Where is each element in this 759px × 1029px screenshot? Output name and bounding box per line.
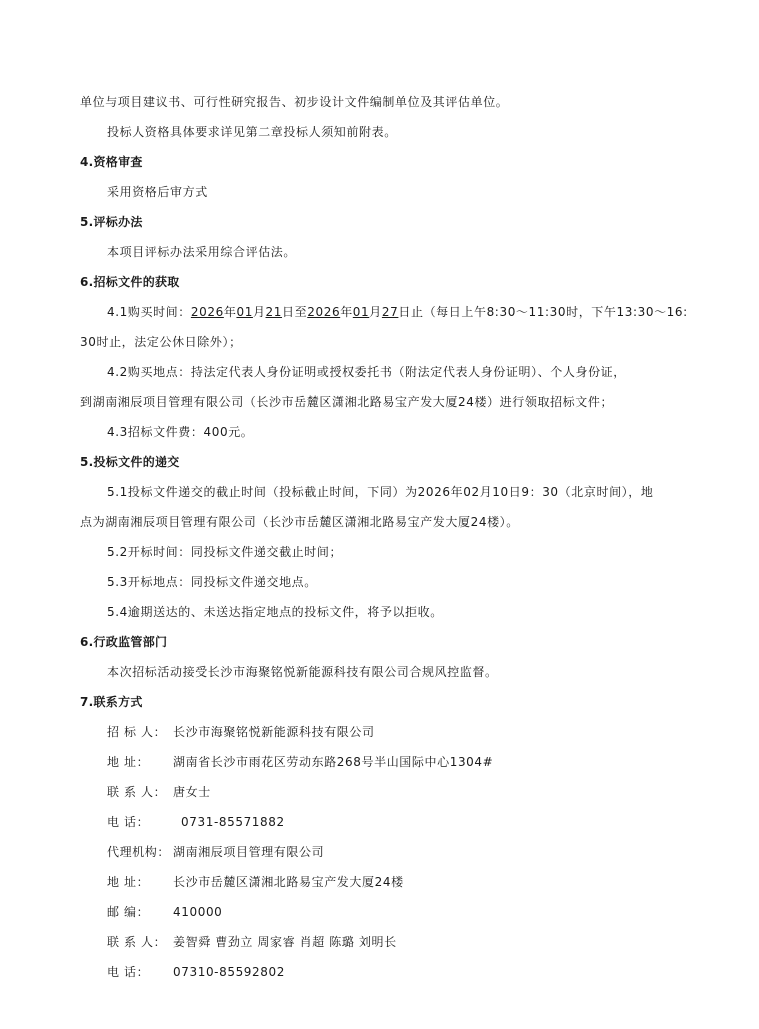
contact-row-agency-phone: 电 话：07310-85592802 bbox=[107, 964, 285, 980]
section-heading-bid-submission: 5.投标文件的递交 bbox=[80, 454, 180, 470]
field-value: 长沙市岳麓区潇湘北路易宝产发大厦24楼 bbox=[173, 875, 404, 889]
section-heading-supervision: 6.行政监管部门 bbox=[80, 634, 167, 650]
text: 日至 bbox=[282, 305, 307, 319]
paragraph-line: 5.3开标地点：同投标文件递交地点。 bbox=[107, 574, 317, 590]
text: 月 bbox=[369, 305, 382, 319]
contact-row-agency-contact: 联 系 人：姜智舜 曹劲立 周家睿 肖超 陈璐 刘明长 bbox=[107, 934, 397, 950]
text: 日止（每日上午8:30～11:30时，下午13:30～16: bbox=[398, 305, 687, 319]
date-year: 2026 bbox=[307, 305, 340, 319]
paragraph-line: 5.4逾期送达的、未送达指定地点的投标文件，将予以拒收。 bbox=[107, 604, 443, 620]
section-heading-obtain-tender-docs: 6.招标文件的获取 bbox=[80, 274, 180, 290]
field-value: 0731-85571882 bbox=[181, 815, 285, 829]
contact-row-tenderer-contact: 联 系 人：唐女士 bbox=[107, 784, 211, 800]
field-label: 地 址： bbox=[107, 754, 173, 770]
purchase-time-line: 4.1购买时间：2026年01月21日至2026年01月27日止（每日上午8:3… bbox=[107, 304, 688, 320]
paragraph-line: 30时止，法定公休日除外）； bbox=[80, 334, 242, 350]
contact-row-agency: 代理机构：湖南湘辰项目管理有限公司 bbox=[107, 844, 324, 860]
field-label: 招 标 人： bbox=[107, 724, 173, 740]
paragraph-line: 4.2购买地点：持法定代表人身份证明或授权委托书（附法定代表人身份证明）、个人身… bbox=[107, 364, 626, 380]
section-heading-contact: 7.联系方式 bbox=[80, 694, 143, 710]
field-value: 姜智舜 曹劲立 周家睿 肖超 陈璐 刘明长 bbox=[173, 935, 397, 949]
field-value: 唐女士 bbox=[173, 785, 211, 799]
paragraph-line: 本次招标活动接受长沙市海聚铭悦新能源科技有限公司合规风控监督。 bbox=[107, 664, 498, 680]
date-day: 27 bbox=[382, 305, 398, 319]
field-label: 代理机构： bbox=[107, 844, 173, 860]
paragraph-line: 单位与项目建议书、可行性研究报告、初步设计文件编制单位及其评估单位。 bbox=[80, 94, 508, 110]
label: 4.1购买时间： bbox=[107, 305, 191, 319]
field-value: 湖南省长沙市雨花区劳动东路268号半山国际中心1304# bbox=[173, 755, 493, 769]
document-page: 单位与项目建议书、可行性研究报告、初步设计文件编制单位及其评估单位。 投标人资格… bbox=[0, 0, 759, 1029]
paragraph-line: 4.3招标文件费：400元。 bbox=[107, 424, 253, 440]
field-label: 联 系 人： bbox=[107, 784, 173, 800]
date-month: 01 bbox=[353, 305, 369, 319]
contact-row-agency-address: 地 址：长沙市岳麓区潇湘北路易宝产发大厦24楼 bbox=[107, 874, 404, 890]
contact-row-tenderer-phone: 电 话：0731-85571882 bbox=[107, 814, 285, 830]
field-value: 410000 bbox=[173, 905, 222, 919]
field-value: 长沙市海聚铭悦新能源科技有限公司 bbox=[173, 725, 375, 739]
paragraph-line: 投标人资格具体要求详见第二章投标人须知前附表。 bbox=[107, 124, 397, 140]
paragraph-line: 点为湖南湘辰项目管理有限公司（长沙市岳麓区潇湘北路易宝产发大厦24楼）。 bbox=[80, 514, 519, 530]
date-year: 2026 bbox=[191, 305, 224, 319]
field-label: 电 话： bbox=[107, 814, 181, 830]
field-label: 地 址： bbox=[107, 874, 173, 890]
date-day: 21 bbox=[266, 305, 282, 319]
paragraph-line: 到湖南湘辰项目管理有限公司（长沙市岳麓区潇湘北路易宝产发大厦24楼）进行领取招标… bbox=[80, 394, 613, 410]
section-heading-qualification-review: 4.资格审查 bbox=[80, 154, 143, 170]
field-label: 联 系 人： bbox=[107, 934, 173, 950]
paragraph-line: 本项目评标办法采用综合评估法。 bbox=[107, 244, 296, 260]
text: 月 bbox=[253, 305, 266, 319]
field-label: 电 话： bbox=[107, 964, 173, 980]
contact-row-agency-postcode: 邮 编：410000 bbox=[107, 904, 222, 920]
field-value: 湖南湘辰项目管理有限公司 bbox=[173, 845, 324, 859]
contact-row-tenderer-address: 地 址：湖南省长沙市雨花区劳动东路268号半山国际中心1304# bbox=[107, 754, 493, 770]
field-label: 邮 编： bbox=[107, 904, 173, 920]
field-value: 07310-85592802 bbox=[173, 965, 285, 979]
paragraph-line: 5.1投标文件递交的截止时间（投标截止时间，下同）为2026年02月10日9：3… bbox=[107, 484, 653, 500]
contact-row-tenderer: 招 标 人：长沙市海聚铭悦新能源科技有限公司 bbox=[107, 724, 375, 740]
paragraph-line: 5.2开标时间：同投标文件递交截止时间； bbox=[107, 544, 342, 560]
date-month: 01 bbox=[236, 305, 252, 319]
paragraph-line: 采用资格后审方式 bbox=[107, 184, 208, 200]
section-heading-evaluation-method: 5.评标办法 bbox=[80, 214, 143, 230]
text: 年 bbox=[340, 305, 353, 319]
text: 年 bbox=[224, 305, 237, 319]
